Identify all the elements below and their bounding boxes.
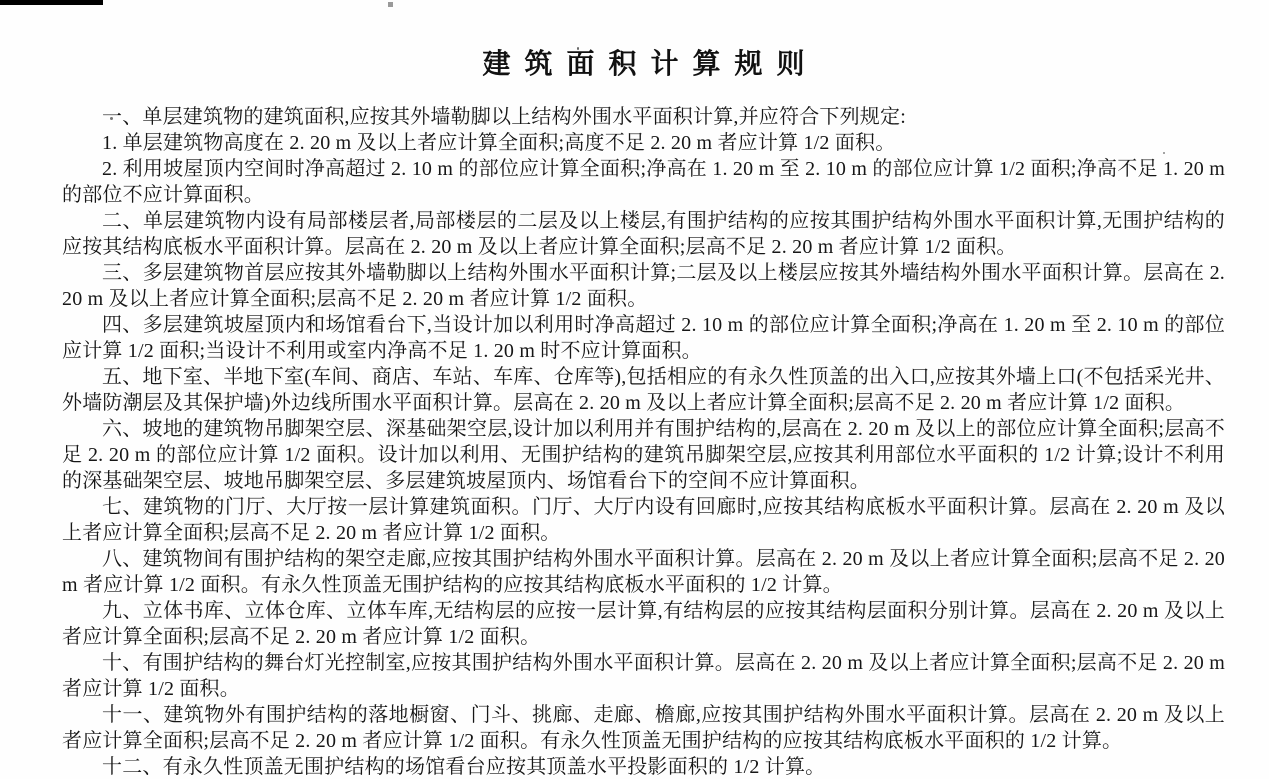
paragraph-rule-8: 八、建筑物间有围护结构的架空走廊,应按其围护结构外围水平面积计算。层高在 2. … <box>62 546 1225 598</box>
document-page: 建筑面积计算规则 一、单层建筑物的建筑面积,应按其外墙勒脚以上结构外围水平面积计… <box>0 0 1269 779</box>
page-title: 建筑面积计算规则 <box>62 42 1225 82</box>
paragraph-rule-2: 二、单层建筑物内设有局部楼层者,局部楼层的二层及以上楼层,有围护结构的应按其围护… <box>62 208 1225 260</box>
paragraph-rule-7: 七、建筑物的门厅、大厅按一层计算建筑面积。门厅、大厅内设有回廊时,应按其结构底板… <box>62 494 1225 546</box>
paragraph-rule-4: 四、多层建筑坡屋顶内和场馆看台下,当设计加以利用时净高超过 2. 10 m 的部… <box>62 312 1225 364</box>
paragraph-rule-9: 九、立体书库、立体仓库、立体车库,无结构层的应按一层计算,有结构层的应按其结构层… <box>62 598 1225 650</box>
scan-artifact-speck <box>388 2 393 7</box>
scan-artifact-speck <box>1163 152 1165 154</box>
paragraph-rule-3: 三、多层建筑物首层应按其外墙勒脚以上结构外围水平面积计算;二层及以上楼层应按其外… <box>62 260 1225 312</box>
paragraph-rule-6: 六、坡地的建筑物吊脚架空层、深基础架空层,设计加以利用并有围护结构的,层高在 2… <box>62 416 1225 494</box>
scan-artifact-speck <box>577 47 579 50</box>
scan-artifact-speck <box>110 117 113 120</box>
paragraph-rule-1: 一、单层建筑物的建筑面积,应按其外墙勒脚以上结构外围水平面积计算,并应符合下列规… <box>62 104 1225 130</box>
paragraph-rule-5: 五、地下室、半地下室(车间、商店、车站、车库、仓库等),包括相应的有永久性顶盖的… <box>62 364 1225 416</box>
paragraph-rule-10: 十、有围护结构的舞台灯光控制室,应按其围护结构外围水平面积计算。层高在 2. 2… <box>62 650 1225 702</box>
paragraph-rule-1-item-2: 2. 利用坡屋顶内空间时净高超过 2. 10 m 的部位应计算全面积;净高在 1… <box>62 156 1225 208</box>
paragraph-rule-12: 十二、有永久性顶盖无围护结构的场馆看台应按其顶盖水平投影面积的 1/2 计算。 <box>62 754 1225 779</box>
paragraph-rule-1-item-1: 1. 单层建筑物高度在 2. 20 m 及以上者应计算全面积;高度不足 2. 2… <box>62 130 1225 156</box>
scan-artifact-bar <box>0 0 103 5</box>
paragraph-rule-11: 十一、建筑物外有围护结构的落地橱窗、门斗、挑廊、走廊、檐廊,应按其围护结构外围水… <box>62 702 1225 754</box>
document-body: 一、单层建筑物的建筑面积,应按其外墙勒脚以上结构外围水平面积计算,并应符合下列规… <box>62 104 1225 779</box>
